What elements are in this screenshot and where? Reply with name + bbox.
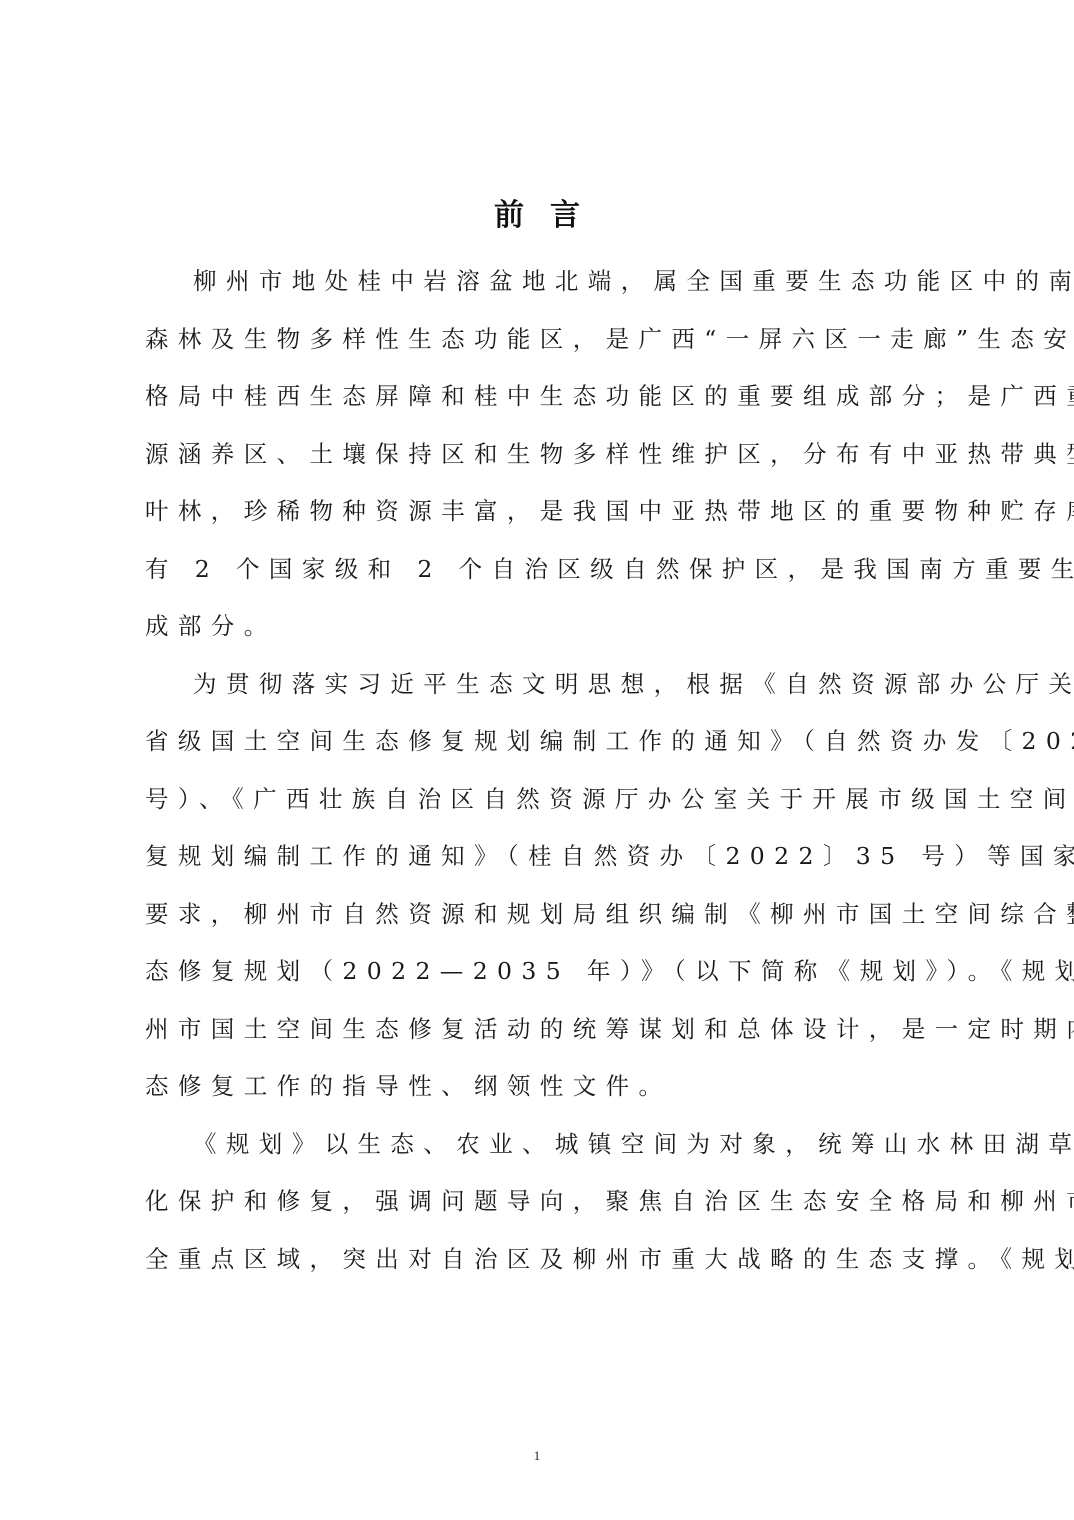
text-line: 化保护和修复，强调问题导向，聚焦自治区生态安全格局和柳州市生态安 [145,1182,945,1240]
document-page: 前言 柳州市地处桂中岩溶盆地北端，属全国重要生态功能区中的南岭山地 森林及生物多… [0,0,1074,1520]
text-line: 叶林，珍稀物种资源丰富，是我国中亚热带地区的重要物种贮存库，分布 [145,492,945,550]
text-line: 复规划编制工作的通知》（桂自然资办〔2022〕35 号）等国家和自治区 [145,837,945,895]
text-line: 态修复工作的指导性、纲领性文件。 [145,1067,945,1125]
page-number: 1 [0,1448,1074,1464]
paragraph-1: 柳州市地处桂中岩溶盆地北端，属全国重要生态功能区中的南岭山地 森林及生物多样性生… [145,262,945,665]
document-body: 柳州市地处桂中岩溶盆地北端，属全国重要生态功能区中的南岭山地 森林及生物多样性生… [145,262,945,1297]
text-line: 有 2 个国家级和 2 个自治区级自然保护区，是我国南方重要生态屏障的组 [145,550,945,608]
text-line: 省级国土空间生态修复规划编制工作的通知》（自然资办发〔2020〕45 [145,722,945,780]
text-line: 柳州市地处桂中岩溶盆地北端，属全国重要生态功能区中的南岭山地 [145,262,945,320]
text-line: 《规划》以生态、农业、城镇空间为对象，统筹山水林田湖草沙一体 [145,1125,945,1183]
text-line: 成部分。 [145,607,945,665]
paragraph-3: 《规划》以生态、农业、城镇空间为对象，统筹山水林田湖草沙一体 化保护和修复，强调… [145,1125,945,1298]
text-line: 森林及生物多样性生态功能区，是广西“一屏六区一走廊”生态安全战略 [145,320,945,378]
text-line: 为贯彻落实习近平生态文明思想，根据《自然资源部办公厅关于开展 [145,665,945,723]
text-line: 要求，柳州市自然资源和规划局组织编制《柳州市国土空间综合整治与生 [145,895,945,953]
text-line: 州市国土空间生态修复活动的统筹谋划和总体设计，是一定时期内开展生 [145,1010,945,1068]
text-line: 号）、《广西壮族自治区自然资源厅办公室关于开展市级国土空间生态修 [145,780,945,838]
paragraph-2: 为贯彻落实习近平生态文明思想，根据《自然资源部办公厅关于开展 省级国土空间生态修… [145,665,945,1125]
text-line: 源涵养区、土壤保持区和生物多样性维护区，分布有中亚热带典型常绿阔 [145,435,945,493]
text-line: 全重点区域，突出对自治区及柳州市重大战略的生态支撑。《规划》构建 [145,1240,945,1298]
text-line: 态修复规划（2022—2035 年）》（以下简称《规划》）。《规划》是柳 [145,952,945,1010]
page-title: 前言 [0,190,1074,234]
text-line: 格局中桂西生态屏障和桂中生态功能区的重要组成部分；是广西重要的水 [145,377,945,435]
